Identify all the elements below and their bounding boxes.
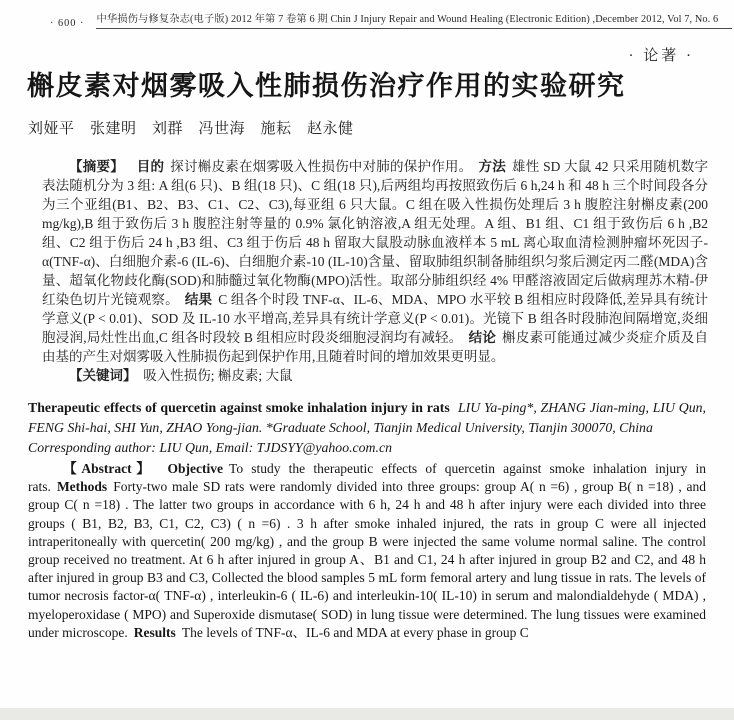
abstract-cn-label: 【摘要】 [69, 159, 124, 174]
article-title-en: Therapeutic effects of quercetin against… [28, 400, 450, 415]
english-title-block: Therapeutic effects of quercetin against… [28, 398, 706, 438]
page-number: · 600 · [50, 18, 84, 29]
methods-text-en: Forty-two male SD rats were randomly div… [28, 479, 706, 640]
affiliation-en: *Graduate School, Tianjin Medical Univer… [266, 420, 653, 435]
abstract-cn-paragraph: 【摘要】目的探讨槲皮素在烟雾吸入性损伤中对肺的保护作用。方法雄性 SD 大鼠 4… [42, 157, 708, 366]
objective-label-cn: 目的 [137, 159, 164, 174]
authors-line-cn: 刘娅平 张建明 刘群 冯世海 施耘 赵永健 [28, 117, 734, 138]
methods-label-cn: 方法 [478, 159, 505, 174]
results-text-en: The levels of TNF-α、IL-6 and MDA at ever… [182, 625, 529, 640]
keywords-text: 吸入性损伤; 槲皮素; 大鼠 [143, 368, 292, 383]
keywords-label: 【关键词】 [69, 368, 137, 383]
objective-label-en: Objective [168, 461, 223, 476]
journal-citation: 中华损伤与修复杂志(电子版) 2012 年第 7 卷第 6 期 Chin J I… [96, 10, 732, 29]
results-label-en: Results [134, 625, 176, 640]
running-head: · 600 · 中华损伤与修复杂志(电子版) 2012 年第 7 卷第 6 期 … [0, 0, 734, 29]
conclusion-label-cn: 结论 [469, 330, 496, 345]
objective-text-cn: 探讨槲皮素在烟雾吸入性损伤中对肺的保护作用。 [170, 159, 472, 174]
corresponding-author-line: Corresponding author: LIU Qun, Email: TJ… [28, 438, 706, 458]
journal-page: · 600 · 中华损伤与修复杂志(电子版) 2012 年第 7 卷第 6 期 … [0, 0, 734, 720]
article-title-cn: 槲皮素对烟雾吸入性肺损伤治疗作用的实验研究 [27, 68, 704, 104]
methods-text-cn: 雄性 SD 大鼠 42 只采用随机数字表法随机分为 3 组: A 组(6 只)、… [42, 159, 708, 307]
keywords-line: 【关键词】吸入性损伤; 槲皮素; 大鼠 [42, 366, 708, 385]
methods-label-en: Methods [57, 479, 107, 494]
results-label-cn: 结果 [185, 292, 212, 307]
abstract-en-paragraph: 【Abstract】ObjectiveTo study the therapeu… [28, 460, 706, 642]
article-type-badge: · 论著 · [0, 29, 734, 65]
abstract-en-label: 【Abstract】 [63, 461, 155, 476]
page-edge-shadow [0, 708, 734, 720]
